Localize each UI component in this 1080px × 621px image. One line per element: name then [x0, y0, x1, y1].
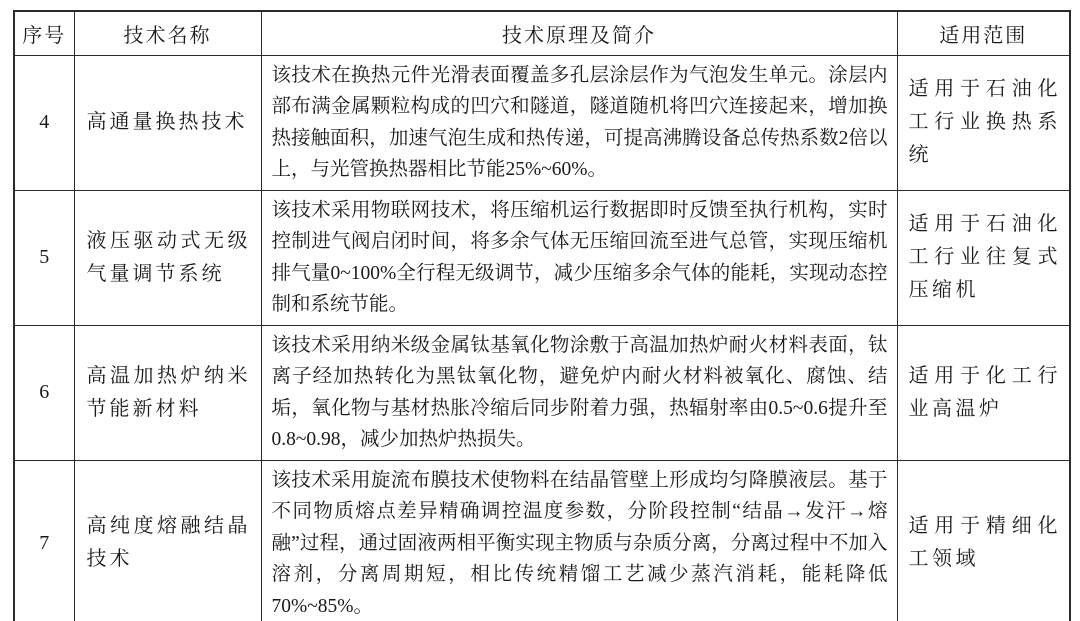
- technology-name: 液压驱动式无级气量调节系统: [74, 190, 261, 325]
- document-page: 序号 技术名称 技术原理及简介 适用范围 4 高通量换热技术 该技术在换热元件光…: [0, 0, 1080, 621]
- header-cell-scope: 适用范围: [897, 11, 1070, 55]
- applicable-scope: 适用于石油化工行业换热系统: [897, 55, 1070, 190]
- table-row: 4 高通量换热技术 该技术在换热元件光滑表面覆盖多孔层涂层作为气泡发生单元。涂层…: [14, 55, 1070, 190]
- table-header: 序号 技术名称 技术原理及简介 适用范围: [14, 11, 1070, 55]
- table-row: 5 液压驱动式无级气量调节系统 该技术采用物联网技术，将压缩机运行数据即时反馈至…: [14, 190, 1070, 325]
- table-body: 4 高通量换热技术 该技术在换热元件光滑表面覆盖多孔层涂层作为气泡发生单元。涂层…: [14, 55, 1070, 621]
- table-row: 7 高纯度熔融结晶技术 该技术采用旋流布膜技术使物料在结晶管壁上形成均匀降膜液层…: [14, 460, 1070, 621]
- header-cell-desc: 技术原理及简介: [261, 11, 897, 55]
- technology-name: 高纯度熔融结晶技术: [74, 460, 261, 621]
- technology-table: 序号 技术名称 技术原理及简介 适用范围 4 高通量换热技术 该技术在换热元件光…: [13, 10, 1071, 621]
- applicable-scope: 适用于精细化工领域: [897, 460, 1070, 621]
- row-number: 7: [14, 460, 74, 621]
- technology-description: 该技术采用物联网技术，将压缩机运行数据即时反馈至执行机构，实时控制进气阀启闭时间…: [261, 190, 897, 325]
- header-row: 序号 技术名称 技术原理及简介 适用范围: [14, 11, 1070, 55]
- row-number: 6: [14, 325, 74, 460]
- technology-description: 该技术在换热元件光滑表面覆盖多孔层涂层作为气泡发生单元。涂层内部布满金属颗粒构成…: [261, 55, 897, 190]
- header-cell-name: 技术名称: [74, 11, 261, 55]
- table-row: 6 高温加热炉纳米节能新材料 该技术采用纳米级金属钛基氧化物涂敷于高温加热炉耐火…: [14, 325, 1070, 460]
- applicable-scope: 适用于化工行业高温炉: [897, 325, 1070, 460]
- technology-description: 该技术采用旋流布膜技术使物料在结晶管壁上形成均匀降膜液层。基于不同物质熔点差异精…: [261, 460, 897, 621]
- applicable-scope: 适用于石油化工行业往复式压缩机: [897, 190, 1070, 325]
- header-cell-no: 序号: [14, 11, 74, 55]
- technology-description: 该技术采用纳米级金属钛基氧化物涂敷于高温加热炉耐火材料表面，钛离子经加热转化为黑…: [261, 325, 897, 460]
- technology-name: 高通量换热技术: [74, 55, 261, 190]
- row-number: 4: [14, 55, 74, 190]
- technology-name: 高温加热炉纳米节能新材料: [74, 325, 261, 460]
- row-number: 5: [14, 190, 74, 325]
